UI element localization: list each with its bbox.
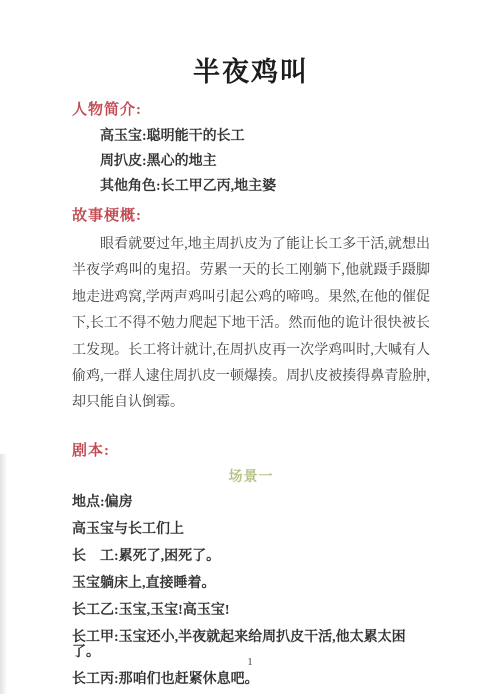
- synopsis-section-heading: 故事梗概:: [72, 208, 430, 224]
- script-section-heading: 剧本:: [72, 443, 430, 459]
- document-page: 半夜鸡叫 人物简介: 高玉宝:聪明能干的长工 周扒皮:黑心的地主 其他角色:长工…: [0, 0, 500, 694]
- page-number: 1: [0, 656, 500, 668]
- script-line-dialogue: 长工乙:玉宝,玉宝!高玉宝!: [72, 603, 430, 618]
- script-line-stage-direction: 高玉宝与长工们上: [72, 522, 430, 537]
- script-line-location: 地点:偏房: [72, 495, 430, 510]
- document-title: 半夜鸡叫: [72, 56, 430, 88]
- script-line-dialogue: 长工丙:那咱们也赶紧休息吧。: [72, 672, 430, 687]
- synopsis-paragraph: 眼看就要过年,地主周扒皮为了能让长工多干活,就想出半夜学鸡叫的鬼招。劳累一天的长…: [72, 232, 430, 417]
- characters-section-heading: 人物简介:: [72, 102, 430, 118]
- character-item: 其他角色:长工甲乙丙,地主婆: [100, 180, 430, 194]
- character-item: 周扒皮:黑心的地主: [100, 155, 430, 169]
- script-line-dialogue: 长 工:累死了,困死了。: [72, 549, 430, 564]
- scene-title: 场景一: [72, 471, 430, 485]
- character-item: 高玉宝:聪明能干的长工: [100, 130, 430, 144]
- script-line-stage-direction: 玉宝躺床上,直接睡着。: [72, 576, 430, 591]
